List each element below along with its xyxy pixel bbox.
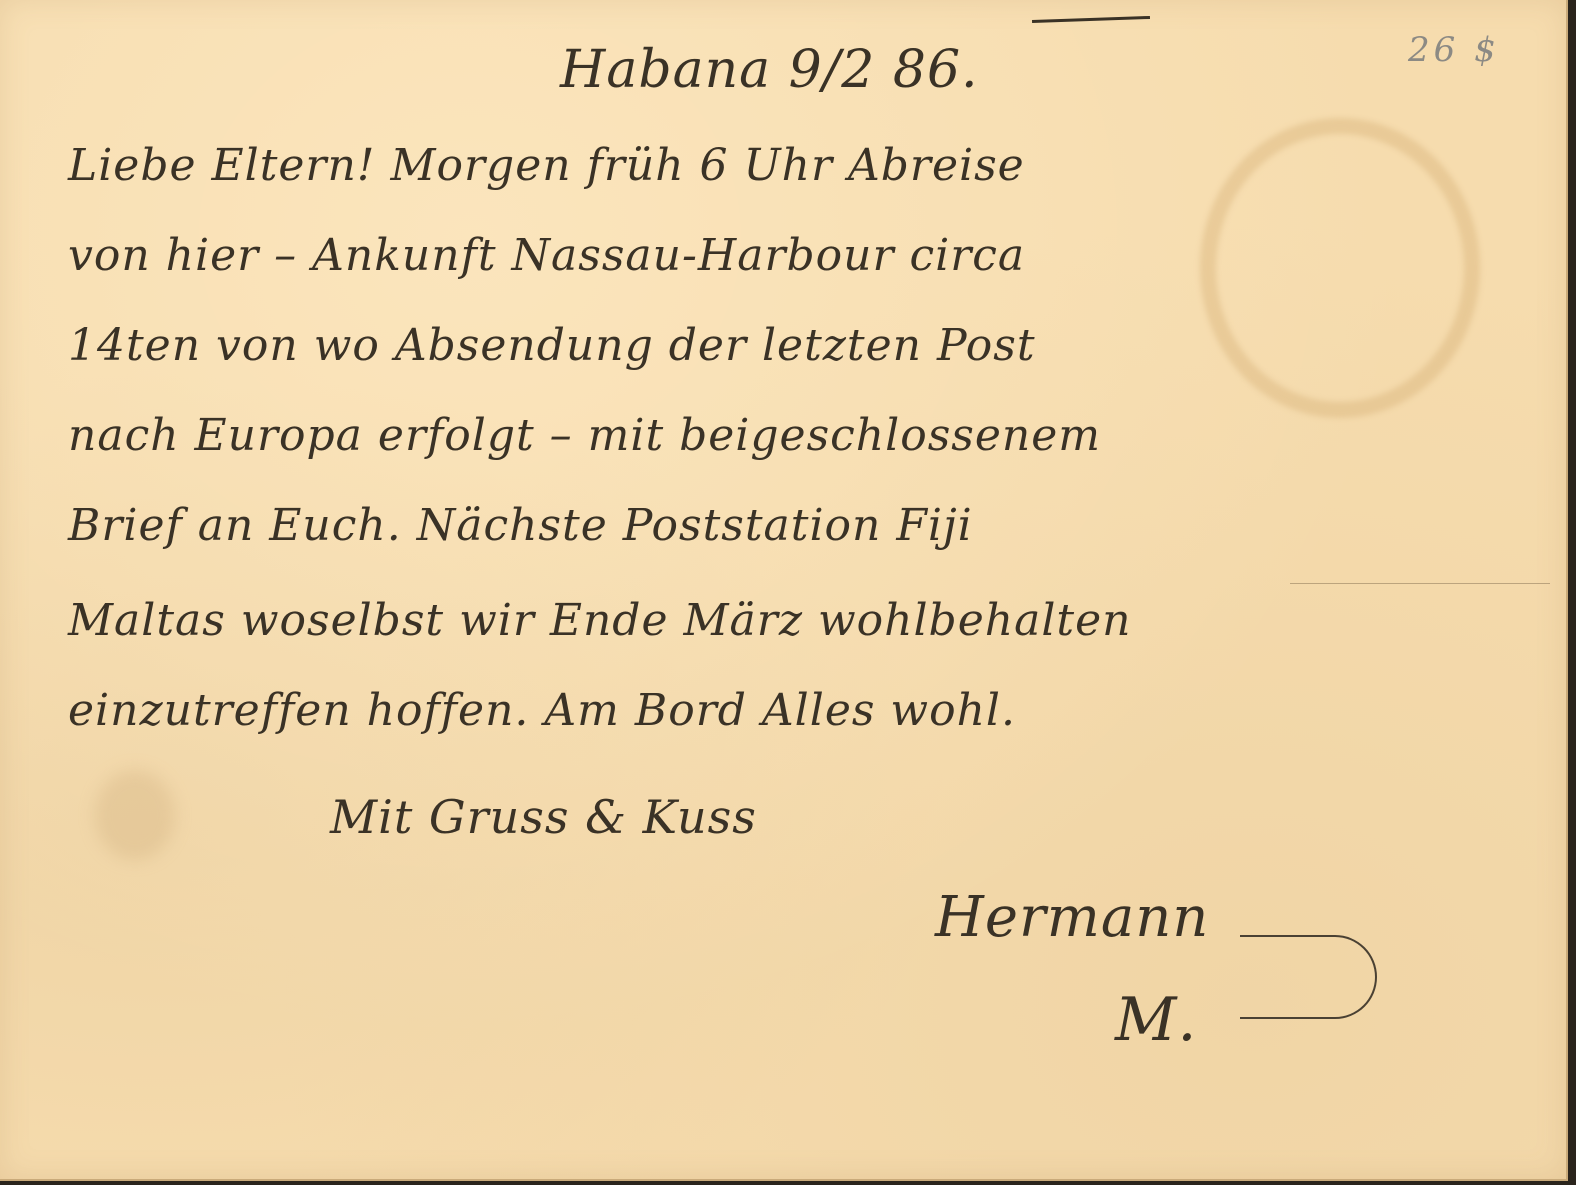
signature-flourish [1240, 935, 1377, 1019]
circular-stamp-stain [1200, 118, 1480, 418]
letter-line-6: Maltas woselbst wir Ende März wohlbehalt… [68, 595, 1131, 646]
letter-line-7: einzutreffen hoffen. Am Bord Alles wohl. [68, 685, 1016, 736]
signature: Hermann [935, 885, 1209, 950]
faint-rule-line [1290, 583, 1550, 584]
letter-line-3: 14ten von wo Absendung der letzten Post [68, 320, 1036, 371]
letter-line-5: Brief an Euch. Nächste Poststation Fiji [68, 500, 973, 551]
letter-line-1: Liebe Eltern! Morgen früh 6 Uhr Abreise [68, 140, 1025, 191]
letter-line-4: nach Europa erfolgt – mit beigeschlossen… [68, 410, 1101, 461]
ink-smudge [95, 770, 175, 860]
postcard: 26 $ Habana 9/2 86. Liebe Eltern! Morgen… [0, 0, 1568, 1181]
dateline-overbar [1032, 16, 1150, 23]
dateline: Habana 9/2 86. [560, 40, 979, 100]
letter-line-2: von hier – Ankunft Nassau-Harbour circa [68, 230, 1025, 281]
closing-salutation: Mit Gruss & Kuss [330, 790, 757, 844]
signature-initials: M. [1115, 985, 1198, 1055]
archive-number: 26 $ [1408, 30, 1500, 70]
